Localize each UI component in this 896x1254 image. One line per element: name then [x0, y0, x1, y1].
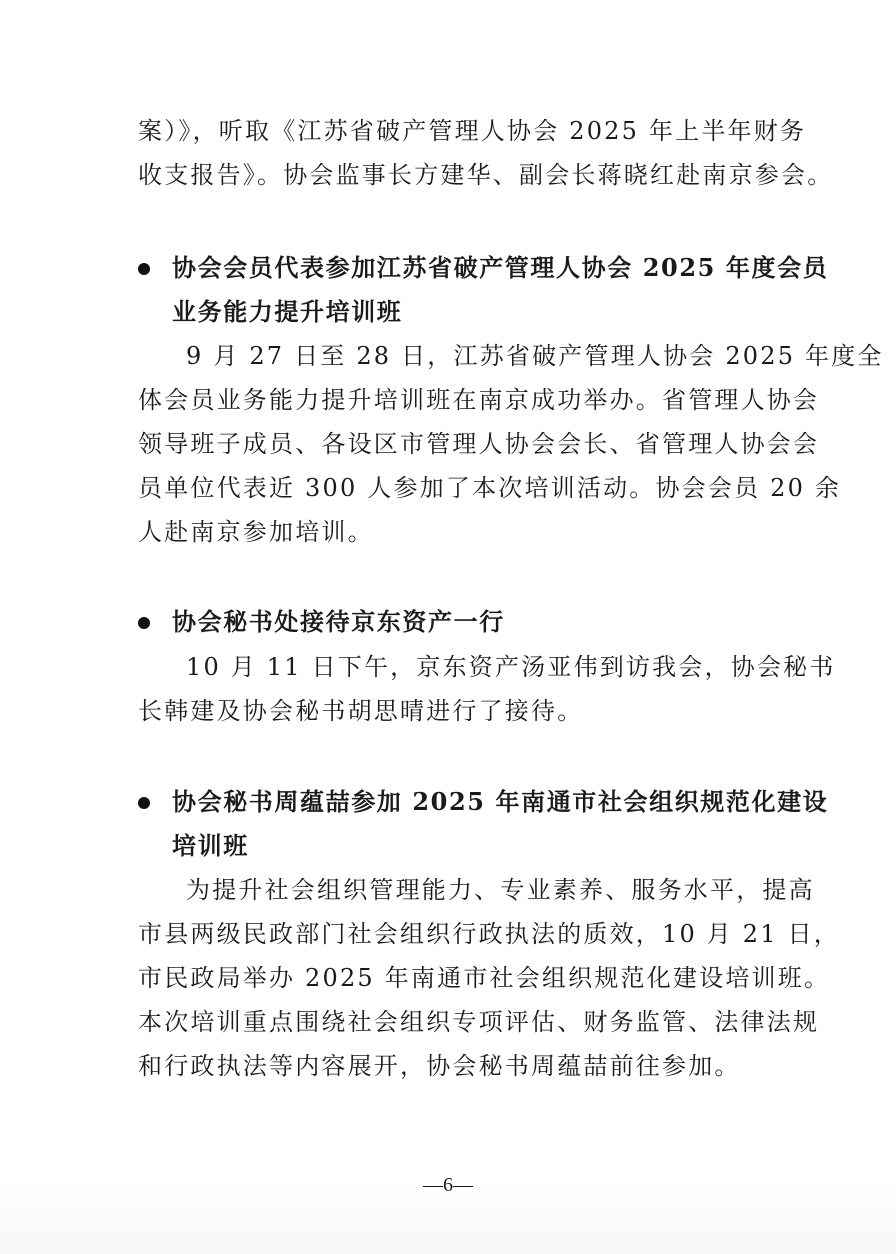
section-body-line: 体会员业务能力提升培训班在南京成功举办。省管理人协会 — [138, 385, 770, 415]
bullet-icon — [138, 797, 150, 809]
page-number: —6— — [0, 1172, 896, 1198]
section-body-line: 领导班子成员、各设区市管理人协会会长、省管理人协会会 — [138, 429, 770, 459]
section-body-line: 市民政局举办 2025 年南通市社会组织规范化建设培训班。 — [138, 963, 770, 993]
section-body-line: 本次培训重点围绕社会组织专项评估、财务监管、法律法规 — [138, 1007, 770, 1037]
section-body-line: 人赴南京参加培训。 — [138, 517, 770, 547]
section-body-line: 9 月 27 日至 28 日，江苏省破产管理人协会 2025 年度全 — [186, 341, 770, 371]
section-heading: 培训班 — [172, 831, 770, 861]
section-heading: 协会秘书周蕴喆参加 2025 年南通市社会组织规范化建设 — [172, 787, 770, 817]
bullet-icon — [138, 263, 150, 275]
section-heading: 业务能力提升培训班 — [172, 297, 770, 327]
section-heading: 协会秘书处接待京东资产一行 — [172, 607, 770, 637]
continuation-line: 案）》，听取《江苏省破产管理人协会 2025 年上半年财务 — [138, 116, 770, 146]
section-body-line: 长韩建及协会秘书胡思晴进行了接待。 — [138, 696, 770, 726]
section-body-line: 市县两级民政部门社会组织行政执法的质效，10 月 21 日， — [138, 919, 770, 949]
section-body-line: 10 月 11 日下午，京东资产汤亚伟到访我会，协会秘书 — [186, 652, 770, 682]
continuation-line: 收支报告》。协会监事长方建华、副会长蒋晓红赴南京参会。 — [138, 160, 770, 190]
section-body-line: 和行政执法等内容展开，协会秘书周蕴喆前往参加。 — [138, 1051, 770, 1081]
section-body-line: 为提升社会组织管理能力、专业素养、服务水平，提高 — [186, 875, 770, 905]
bullet-icon — [138, 617, 150, 629]
section-heading: 协会会员代表参加江苏省破产管理人协会 2025 年度会员 — [172, 253, 770, 283]
document-page: 案）》，听取《江苏省破产管理人协会 2025 年上半年财务 收支报告》。协会监事… — [0, 0, 896, 1254]
section-body-line: 员单位代表近 300 人参加了本次培训活动。协会会员 20 余 — [138, 473, 770, 503]
